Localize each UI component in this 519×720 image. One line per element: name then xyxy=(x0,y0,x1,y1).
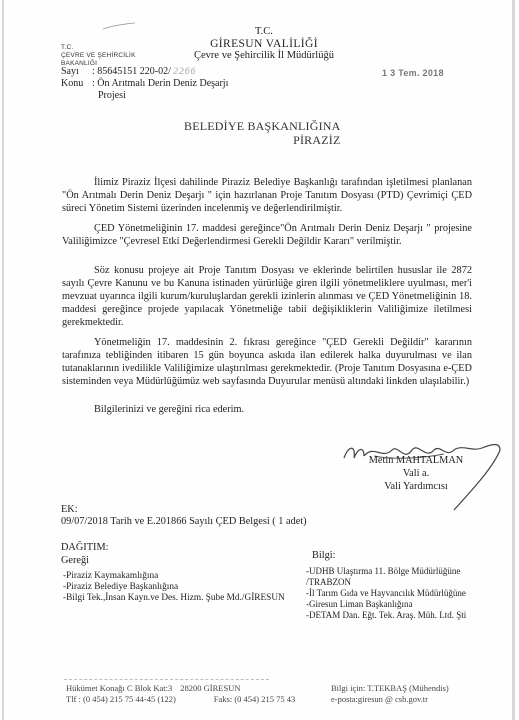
footer-contact: Bilgi için: T.TEKBAŞ (Mühendis) e-posta:… xyxy=(331,683,449,705)
konu-value: : Ön Arıtmalı Derin Deniz Deşarjı xyxy=(92,78,228,89)
body-paragraph: ÇED Yönetmeliğinin 17. maddesi gereğince… xyxy=(62,222,472,248)
list-item: -Giresun Liman Başkanlığına xyxy=(306,599,466,610)
letterhead-title: T.C. GİRESUN VALİLİĞİ Çevre ve Şehircili… xyxy=(164,26,364,62)
handwritten-mark xyxy=(102,22,136,30)
footer-phone: Tlf : (0 454) 215 75 44-45 (122) xyxy=(66,694,176,704)
attachments-label: EK: xyxy=(61,504,307,516)
contact-email: e-posta:giresun @ csb.gov.tr xyxy=(331,694,449,705)
konu-label: Konu xyxy=(61,78,92,90)
list-item: -UDHB Ulaştırma 11. Bölge Müdürlüğüne xyxy=(306,566,466,577)
attachments: EK: 09/07/2018 Tarih ve E.201866 Sayılı … xyxy=(61,504,307,528)
footer-divider xyxy=(64,679,269,680)
distribution-gerekli: DAĞITIM: Gereği -Piraziz Kaymakamlığına … xyxy=(61,541,285,604)
distribution-bilgi: Bilgi: -UDHB Ulaştırma 11. Bölge Müdürlü… xyxy=(312,549,466,621)
body-paragraph: Yönetmeliğin 17. maddesinin 2. fıkrası g… xyxy=(62,336,472,388)
signature-block: Metin MAHTALMAN Vali a. Vali Yardımcısı xyxy=(361,454,471,493)
sayi-label: Sayı xyxy=(61,66,92,78)
distribution-label: DAĞITIM: xyxy=(61,541,285,554)
date-stamp: 1 3 Tem. 2018 xyxy=(382,68,444,78)
closing-line: Bilgilerinizi ve gereğini rica ederim. xyxy=(62,403,472,416)
footer-fax: Faks: (0 454) 215 75 43 xyxy=(214,694,295,704)
contact-person: Bilgi için: T.TEKBAŞ (Mühendis) xyxy=(331,683,449,694)
handwritten-number: 2266 xyxy=(173,67,196,77)
gereği-label: Gereği xyxy=(61,554,285,567)
body-paragraph: Söz konusu projeye ait Proje Tanıtım Dos… xyxy=(62,264,472,329)
addressee: BELEDİYE BAŞKANLIĞINA PİRAZİZ xyxy=(184,119,341,147)
list-item: -Bilgi Tek.,İnsan Kayn.ve Des. Hizm. Şub… xyxy=(63,593,285,604)
konu-value-cont: Projesi xyxy=(98,90,126,101)
ministry-logo-text: T.C. ÇEVRE VE ŞEHİRCİLİK BAKANLIĞI xyxy=(61,44,136,68)
list-item: -DETAM Dan. Eğt. Tek. Araş. Müh. Ltd. Şt… xyxy=(306,610,466,621)
signer-name: Metin MAHTALMAN xyxy=(361,454,471,467)
sayi-value: : 85645151 220-02/ xyxy=(92,66,171,77)
list-item: -İl Tarım Gıda ve Hayvancılık Müdürlüğün… xyxy=(306,588,466,599)
signer-position: Vali Yardımcısı xyxy=(361,480,471,493)
reference-block: Sayı: 85645151 220-02/2266 Konu: Ön Arıt… xyxy=(61,66,228,102)
list-item: -Piraziz Belediye Başkanlığına xyxy=(63,582,285,593)
body-paragraph: İlimiz Piraziz İlçesi dahilinde Piraziz … xyxy=(62,176,472,215)
list-item: /TRABZON xyxy=(306,577,466,588)
bilgi-label: Bilgi: xyxy=(312,549,466,562)
document-page: T.C. ÇEVRE VE ŞEHİRCİLİK BAKANLIĞI T.C. … xyxy=(2,0,515,720)
list-item: -Piraziz Kaymakamlığına xyxy=(63,571,285,582)
footer-address: Hükümet Konağı C Blok Kat:328200 GİRESUN… xyxy=(66,683,295,705)
signer-title: Vali a. xyxy=(361,467,471,480)
attachment-item: 09/07/2018 Tarih ve E.201866 Sayılı ÇED … xyxy=(61,516,307,528)
